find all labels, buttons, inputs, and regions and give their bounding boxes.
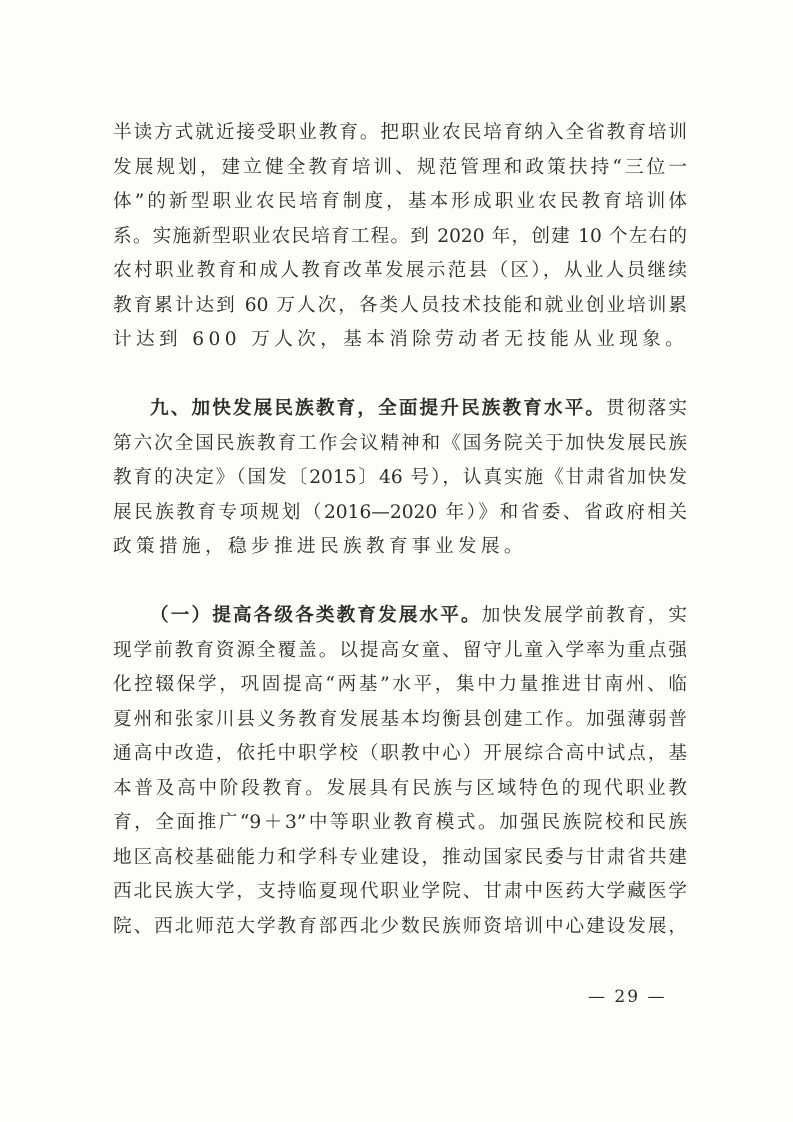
text-line: 夏州和张家川县义务教育发展基本均衡县创建工作。加强薄弱普: [113, 703, 687, 737]
text-line: 通高中改造，依托中职学校（职教中心）开展综合高中试点，基: [113, 737, 687, 771]
text-line: 展民族教育专项规划（2016—2020 年）》和省委、省政府相关: [113, 496, 687, 530]
text-line: 现学前教育资源全覆盖。以提高女童、留守儿童入学率为重点强: [113, 634, 687, 668]
text-line: 第六次全国民族教育工作会议精神和《国务院关于加快发展民族: [113, 427, 687, 461]
text-run: 加快发展学前教育，实: [482, 605, 687, 626]
text-run: 贯彻落实: [606, 398, 687, 419]
document-page: 半读方式就近接受职业教育。把职业农民培育纳入全省教育培训 发展规划，建立健全教育…: [0, 0, 793, 1122]
text-line: 半读方式就近接受职业教育。把职业农民培育纳入全省教育培训: [113, 116, 687, 150]
subsection-heading-line: （一）提高各级各类教育发展水平。加快发展学前教育，实: [150, 599, 687, 633]
subsection-heading: （一）提高各级各类教育发展水平。: [150, 605, 482, 626]
text-line: 地区高校基础能力和学科专业建设，推动国家民委与甘肃省共建: [113, 841, 687, 875]
text-line: 本普及高中阶段教育。发展具有民族与区域特色的现代职业教: [113, 772, 687, 806]
text-line: 教育的决定》（国发〔2015〕46 号），认真实施《甘肃省加快发: [113, 461, 687, 495]
text-line: 西北民族大学，支持临夏现代职业学院、甘肃中医药大学藏医学: [113, 875, 687, 909]
text-line: 政策措施，稳步推进民族教育事业发展。: [113, 530, 687, 564]
text-line: 系。实施新型职业农民培育工程。到 2020 年，创建 10 个左右的: [113, 220, 687, 254]
text-line: 发展规划，建立健全教育培训、规范管理和政策扶持“三位一: [113, 151, 687, 185]
text-line: 计达到 600 万人次，基本消除劳动者无技能从业现象。: [113, 323, 687, 357]
text-line: 农村职业教育和成人教育改革发展示范县（区），从业人员继续: [113, 254, 687, 288]
section-heading-line: 九、加快发展民族教育，全面提升民族教育水平。贯彻落实: [150, 392, 687, 426]
text-line: 体”的新型职业农民培育制度，基本形成职业农民教育培训体: [113, 185, 687, 219]
text-line: 院、西北师范大学教育部西北少数民族师资培训中心建设发展，: [113, 910, 687, 944]
text-line: 教育累计达到 60 万人次，各类人员技术技能和就业创业培训累: [113, 289, 687, 323]
section-heading: 九、加快发展民族教育，全面提升民族教育水平。: [150, 398, 606, 419]
page-number: — 29 —: [588, 985, 666, 1009]
text-line: 化控辍保学，巩固提高“两基”水平，集中力量推进甘南州、临: [113, 668, 687, 702]
text-line: 育，全面推广“9＋3”中等职业教育模式。加强民族院校和民族: [113, 806, 687, 840]
